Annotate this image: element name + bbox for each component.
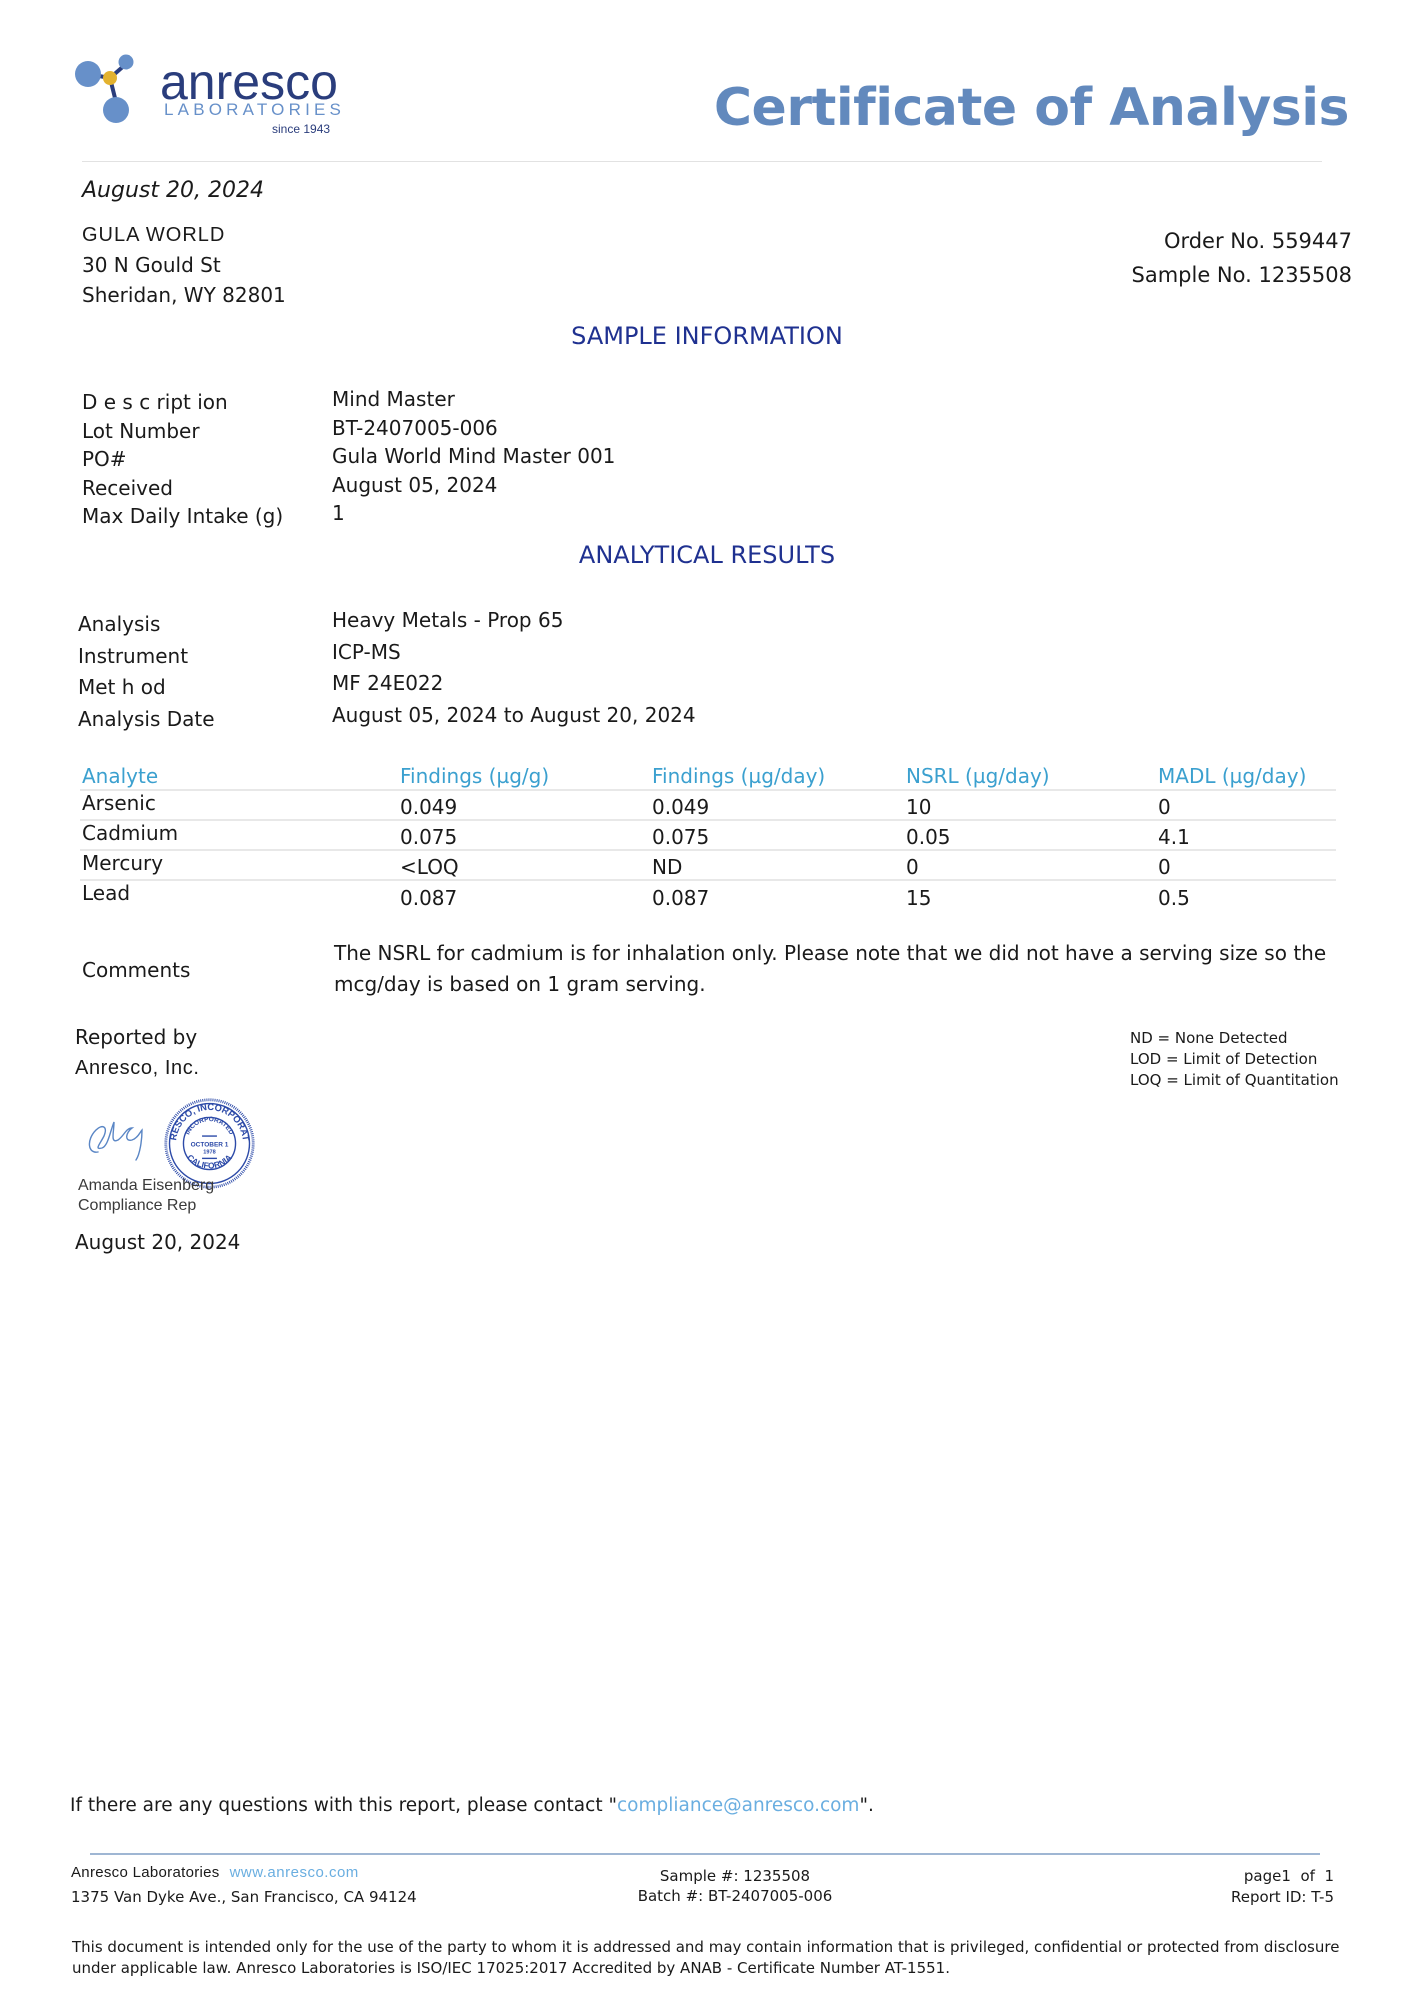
analyte-cell: Cadmium — [80, 820, 398, 850]
svg-text:INCORPORATED: INCORPORATED — [184, 1116, 235, 1136]
field-label: Received — [82, 476, 173, 500]
sample-number: Sample No. 1235508 — [1132, 258, 1352, 292]
footer-divider — [90, 1853, 1320, 1855]
table-cell: 0.075 — [398, 820, 650, 850]
table-row: Arsenic 0.049 0.049 10 0 — [80, 790, 1336, 820]
analyte-cell: Mercury — [80, 850, 398, 880]
footer-batch-number: Batch #: BT-2407005-006 — [560, 1886, 910, 1906]
anresco-logo: anresco LABORATORIES since 1943 — [74, 52, 374, 142]
client-name: GULA WORLD — [82, 220, 286, 250]
table-cell: 0.05 — [904, 820, 1156, 850]
field-label: Instrument — [78, 644, 188, 668]
table-cell: 4.1 — [1156, 820, 1336, 850]
abbreviation-legend: ND = None Detected LOD = Limit of Detect… — [1130, 1028, 1339, 1091]
report-id: Report ID: T-5 — [1231, 1887, 1334, 1908]
table-row: Lead 0.087 0.087 15 0.5 — [80, 880, 1336, 910]
signature-icon — [80, 1110, 160, 1166]
field-value: Gula World Mind Master 001 — [332, 444, 615, 468]
page-number: page1 of 1 — [1231, 1866, 1334, 1887]
sample-information-heading: SAMPLE INFORMATION — [0, 322, 1414, 350]
results-header-row: Analyte Findings (µg/g) Findings (µg/day… — [80, 762, 1336, 790]
table-cell: 0.075 — [650, 820, 904, 850]
logo-subtitle: LABORATORIES — [164, 100, 345, 120]
order-number: Order No. 559447 — [1132, 224, 1352, 258]
column-header-findings-ug-day: Findings (µg/day) — [650, 762, 904, 790]
field-label: Max Daily Intake (g) — [82, 504, 283, 528]
footer-sample-info: Sample #: 1235508 Batch #: BT-2407005-00… — [560, 1866, 910, 1906]
disclaimer: This document is intended only for the u… — [72, 1937, 1352, 1979]
analyte-cell: Arsenic — [80, 790, 398, 820]
header-divider — [82, 161, 1322, 162]
table-row: Mercury <LOQ ND 0 0 — [80, 850, 1336, 880]
signer-title: Compliance Rep — [78, 1196, 214, 1216]
field-value: BT-2407005-006 — [332, 416, 498, 440]
field-value: Mind Master — [332, 387, 455, 411]
table-cell: 0.049 — [398, 790, 650, 820]
column-header-nsrl: NSRL (µg/day) — [904, 762, 1156, 790]
field-value: 1 — [332, 501, 345, 525]
signer-block: Amanda Eisenberg Compliance Rep — [78, 1176, 214, 1216]
table-cell: 0.087 — [398, 880, 650, 910]
table-cell: 15 — [904, 880, 1156, 910]
contact-prefix: If there are any questions with this rep… — [70, 1795, 617, 1816]
table-cell: 0 — [1156, 790, 1336, 820]
table-cell: 0.5 — [1156, 880, 1336, 910]
field-value: ICP-MS — [332, 640, 401, 664]
reported-by-label: Reported by — [75, 1022, 200, 1053]
signature-date: August 20, 2024 — [75, 1230, 240, 1254]
contact-email-link[interactable]: compliance@anresco.com — [617, 1795, 860, 1816]
table-cell: ND — [650, 850, 904, 880]
report-date: August 20, 2024 — [82, 178, 264, 203]
field-label: D e s c ript ion — [82, 390, 228, 414]
reported-by: Reported by Anresco, Inc. — [75, 1022, 200, 1084]
signer-name: Amanda Eisenberg — [78, 1176, 214, 1196]
field-value: MF 24E022 — [332, 671, 443, 695]
svg-text:1978: 1978 — [203, 1150, 215, 1156]
legend-item: LOQ = Limit of Quantitation — [1130, 1070, 1339, 1091]
column-header-madl: MADL (µg/day) — [1156, 762, 1336, 790]
table-cell: 0.049 — [650, 790, 904, 820]
field-value: August 05, 2024 to August 20, 2024 — [332, 703, 696, 727]
comments-label: Comments — [82, 958, 190, 982]
svg-text:OCTOBER 1: OCTOBER 1 — [191, 1141, 229, 1148]
order-info: Order No. 559447 Sample No. 1235508 — [1132, 224, 1352, 292]
contact-line: If there are any questions with this rep… — [70, 1795, 874, 1816]
legend-item: ND = None Detected — [1130, 1028, 1339, 1049]
table-cell: <LOQ — [398, 850, 650, 880]
results-table: Analyte Findings (µg/g) Findings (µg/day… — [80, 762, 1336, 910]
field-value: August 05, 2024 — [332, 473, 497, 497]
table-cell: 10 — [904, 790, 1156, 820]
table-row: Cadmium 0.075 0.075 0.05 4.1 — [80, 820, 1336, 850]
analytical-results-heading: ANALYTICAL RESULTS — [0, 541, 1414, 569]
logo-tagline: since 1943 — [272, 122, 330, 136]
comments-text: The NSRL for cadmium is for inhalation o… — [334, 938, 1334, 1000]
footer-page-info: page1 of 1 Report ID: T-5 — [1231, 1866, 1334, 1908]
footer-lab-info: Anresco Laboratorieswww.anresco.com 1375… — [71, 1860, 417, 1910]
document-title: Certificate of Analysis — [714, 78, 1349, 138]
field-label: Analysis Date — [78, 707, 215, 731]
footer-lab-name: Anresco Laboratories — [71, 1864, 220, 1881]
field-value: Heavy Metals - Prop 65 — [332, 608, 563, 632]
reported-by-company: Anresco, Inc. — [75, 1053, 200, 1084]
client-city: Sheridan, WY 82801 — [82, 280, 286, 310]
column-header-findings-ug-g: Findings (µg/g) — [398, 762, 650, 790]
field-label: PO# — [82, 447, 127, 471]
client-street: 30 N Gould St — [82, 250, 286, 280]
footer-sample-number: Sample #: 1235508 — [560, 1866, 910, 1886]
analyte-cell: Lead — [80, 880, 398, 910]
table-cell: 0 — [1156, 850, 1336, 880]
molecule-icon — [74, 52, 164, 132]
field-label: Lot Number — [82, 419, 200, 443]
field-label: Analysis — [78, 612, 160, 636]
column-header-analyte: Analyte — [80, 762, 398, 790]
client-address: GULA WORLD 30 N Gould St Sheridan, WY 82… — [82, 220, 286, 310]
legend-item: LOD = Limit of Detection — [1130, 1049, 1339, 1070]
field-label: Met h od — [78, 675, 166, 699]
footer-address: 1375 Van Dyke Ave., San Francisco, CA 94… — [71, 1885, 417, 1910]
table-cell: 0 — [904, 850, 1156, 880]
footer-website-link[interactable]: www.anresco.com — [230, 1864, 359, 1881]
table-cell: 0.087 — [650, 880, 904, 910]
contact-suffix: ". — [859, 1795, 873, 1816]
